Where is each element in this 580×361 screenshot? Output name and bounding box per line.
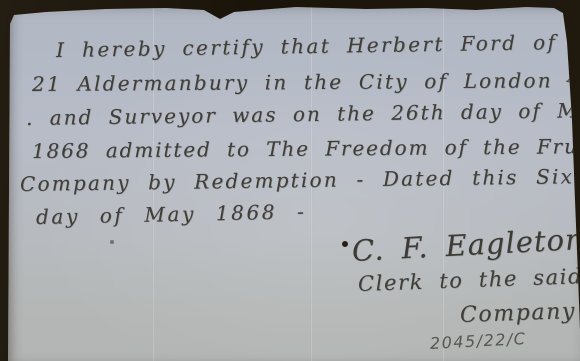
certificate-line-3: . and Surveyor was on the 26th day of Ma… [26,97,580,130]
certificate-line-4: 1868 admitted to The Freedom of the Frui… [32,133,580,163]
certificate-line-2: 21 Aldermanbury in the City of London Ar… [32,68,580,96]
signature-title: Clerk to the said [358,264,580,296]
certificate-line-2-text: 21 Aldermanbury in the City of London [32,68,553,96]
certificate-line-1: I hereby certify that Herbert Ford of Nº [56,29,580,62]
archive-reference-number: 2045/22/C [430,329,527,353]
certificate-line-6: day of May 1868 - [36,199,307,229]
paper-sheet: I hereby certify that Herbert Ford of Nº… [6,0,580,361]
paper-speck [110,240,114,244]
certificate-line-5: Company by Redemption - Dated this Sixth [20,164,580,196]
scanned-certificate: I hereby certify that Herbert Ford of Nº… [0,0,580,361]
signature-company: Company [460,299,577,328]
clerk-signature: C. F. Eagleton [351,222,580,268]
ink-blot [342,241,348,247]
